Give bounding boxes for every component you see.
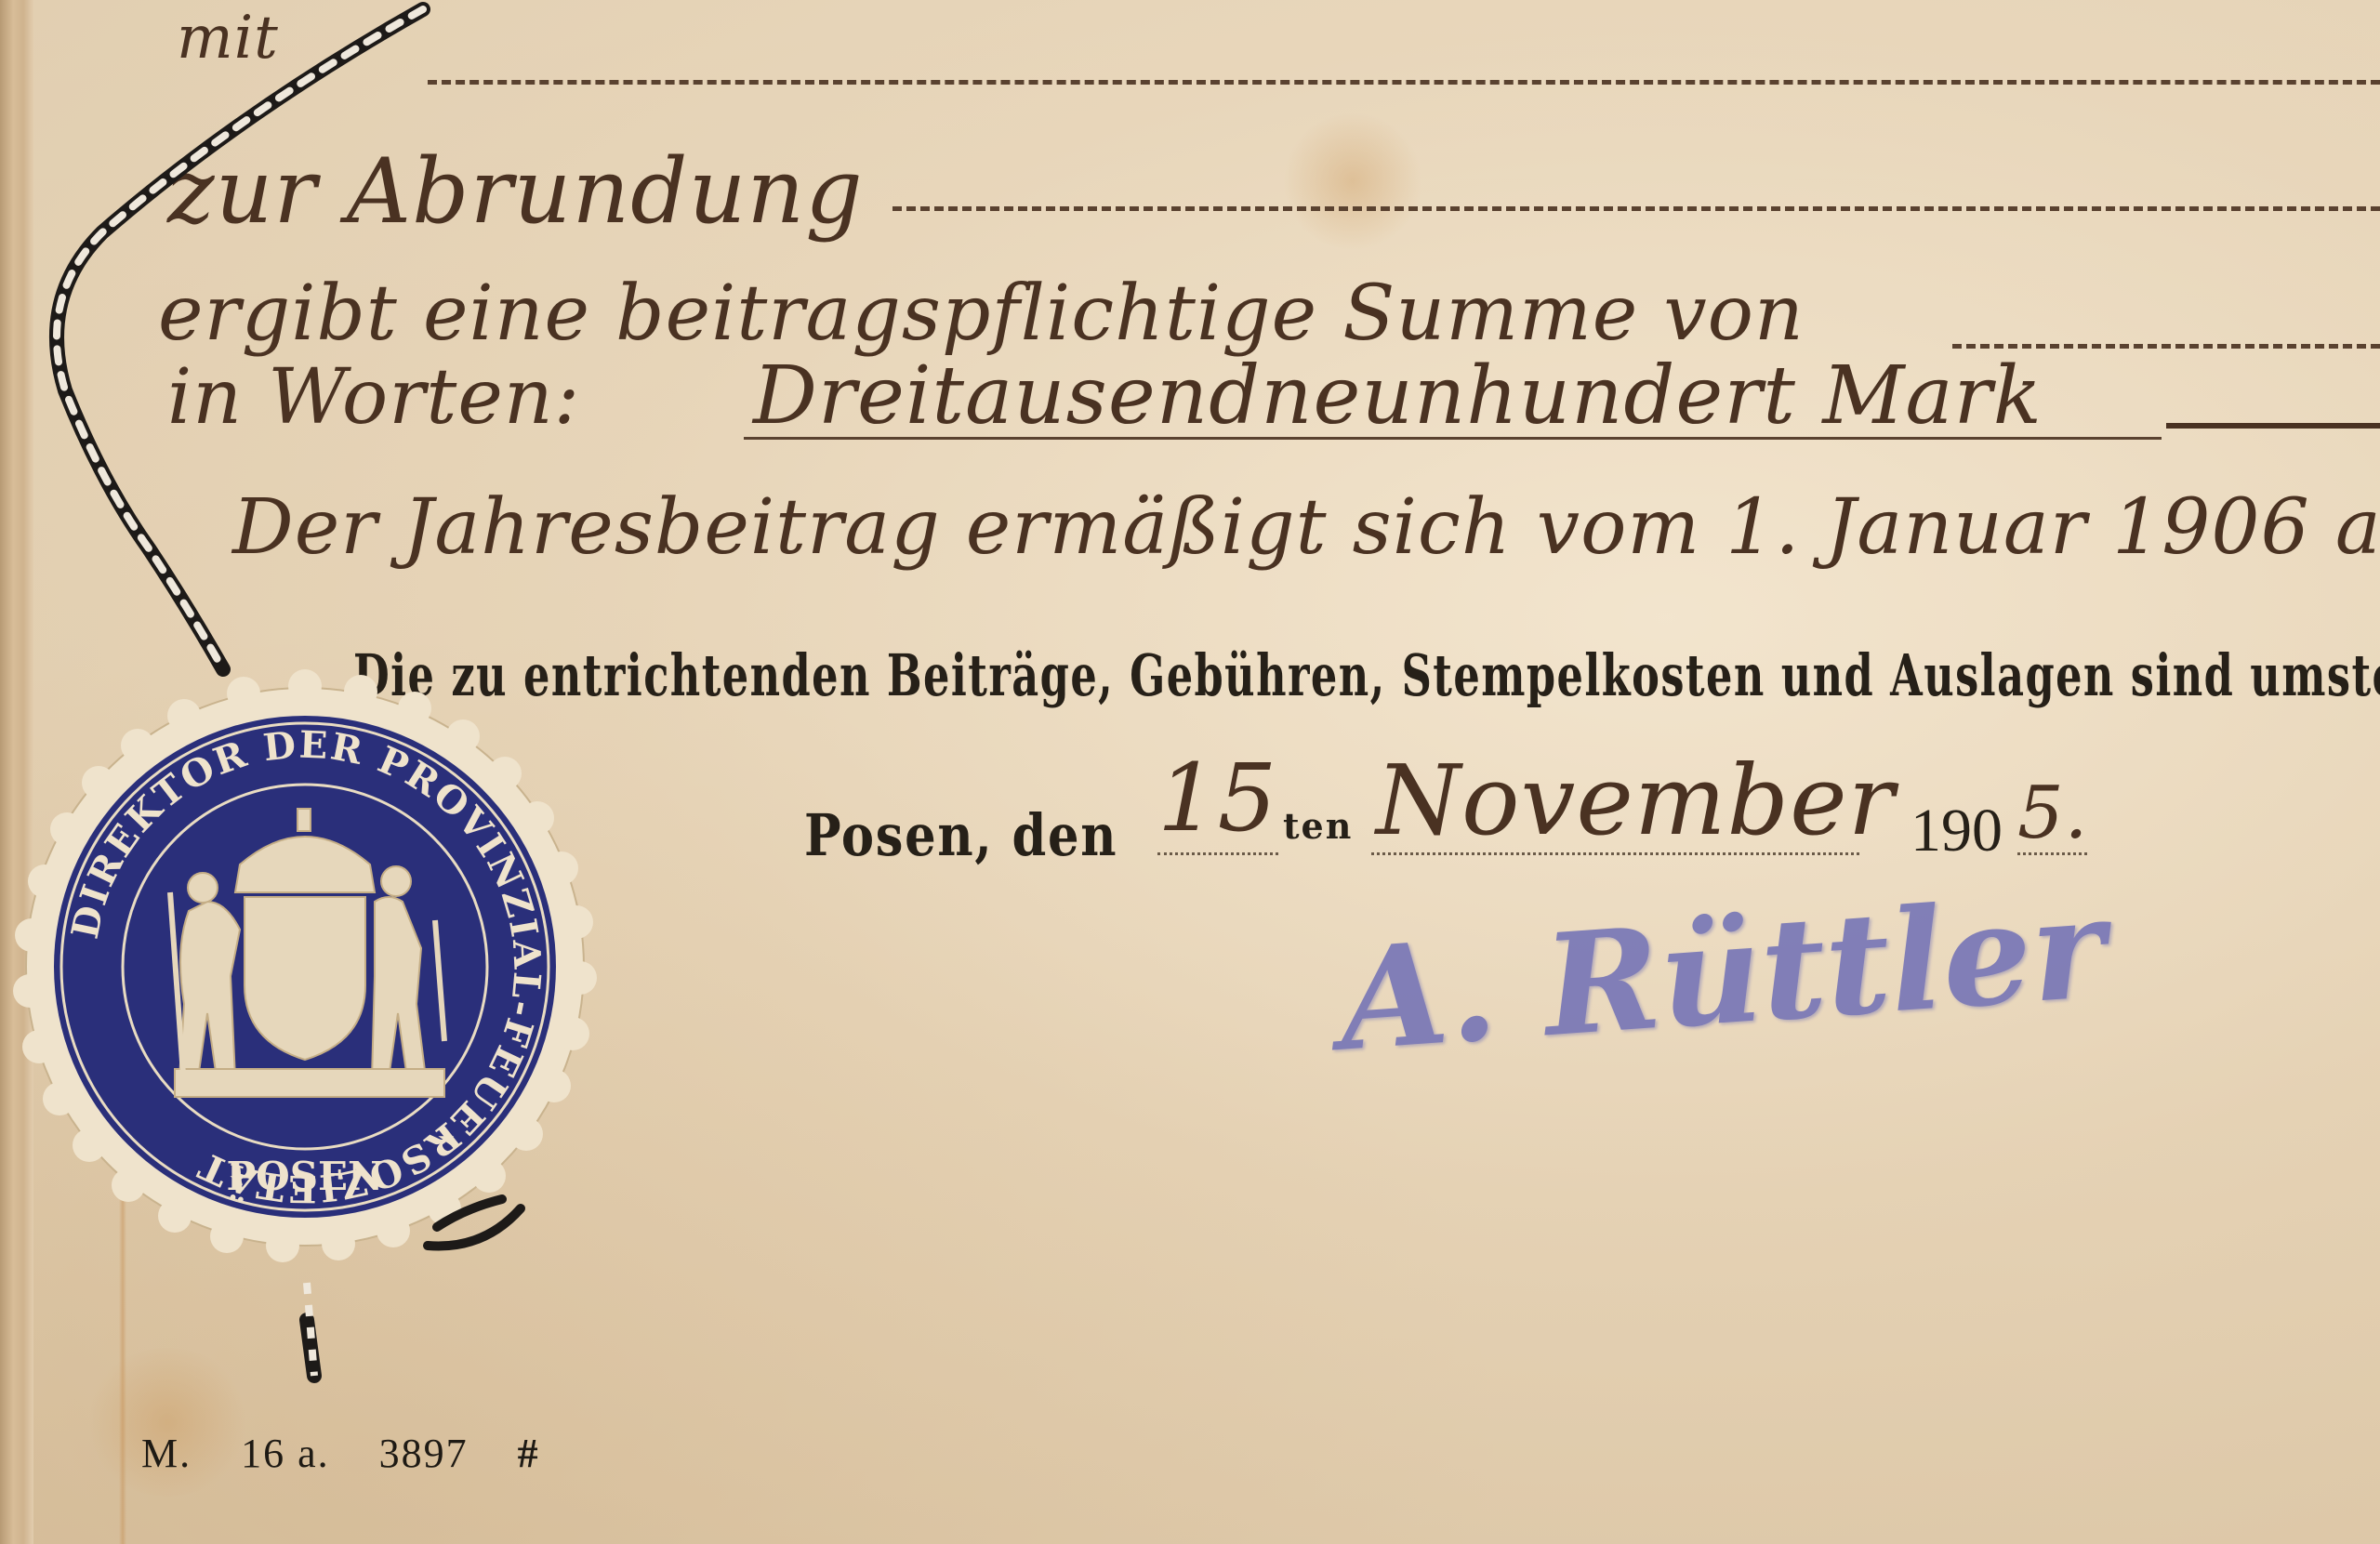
handwritten-rounding: zur Abrundung (167, 139, 864, 244)
form-mark: # (518, 1431, 540, 1476)
year-prefix: 190 (1911, 796, 2003, 866)
handwritten-annual-premium: Der Jahresbeitrag ermäßigt sich vom 1. J… (232, 483, 2380, 572)
form-code: M. 16 a. 3897 # (141, 1430, 577, 1477)
date-year-digit: 5. (2017, 772, 2088, 855)
foxing-stain (1283, 112, 1422, 251)
form-series: M. (141, 1431, 192, 1476)
amount-underline (744, 437, 2162, 440)
day-suffix: ten (1283, 805, 1353, 847)
seal-icon: DIREKTOR DER PROVINZIAL-FEUERSOZIETÄT PO… (7, 669, 602, 1264)
handwritten-in-words-label: in Worten: (167, 353, 580, 442)
date-month: November (1376, 744, 1895, 857)
month-dotted-line (1371, 852, 1859, 855)
fill-dash-line-3 (1952, 344, 2380, 349)
printed-fees-line: Die zu entrichtenden Beiträge, Gebühren,… (353, 641, 2380, 709)
form-number: 16 a. (241, 1431, 330, 1476)
form-print-run: 3897 (379, 1431, 469, 1476)
fill-dash-line-2 (892, 206, 2380, 211)
fill-dash-line-1 (428, 80, 2380, 85)
year-dotted-line (2017, 852, 2087, 855)
handwritten-amount-in-words: Dreitausendneunhundert Mark (753, 350, 2043, 442)
official-seal: DIREKTOR DER PROVINZIAL-FEUERSOZIETÄT PO… (7, 669, 602, 1264)
seal-city: POSEN (227, 1154, 384, 1199)
place-label: Posen, den (804, 801, 1117, 869)
date-day: 15 (1157, 744, 1277, 852)
handwritten-fragment: mit (177, 4, 279, 73)
amount-tail-line (2166, 423, 2380, 429)
seal-star-right: ★ (437, 1128, 456, 1151)
day-dotted-line (1157, 852, 1278, 855)
seal-star-left: ★ (229, 1168, 247, 1191)
handwritten-sum-statement: ergibt eine beitragspflichtige Summe von (158, 270, 1805, 358)
